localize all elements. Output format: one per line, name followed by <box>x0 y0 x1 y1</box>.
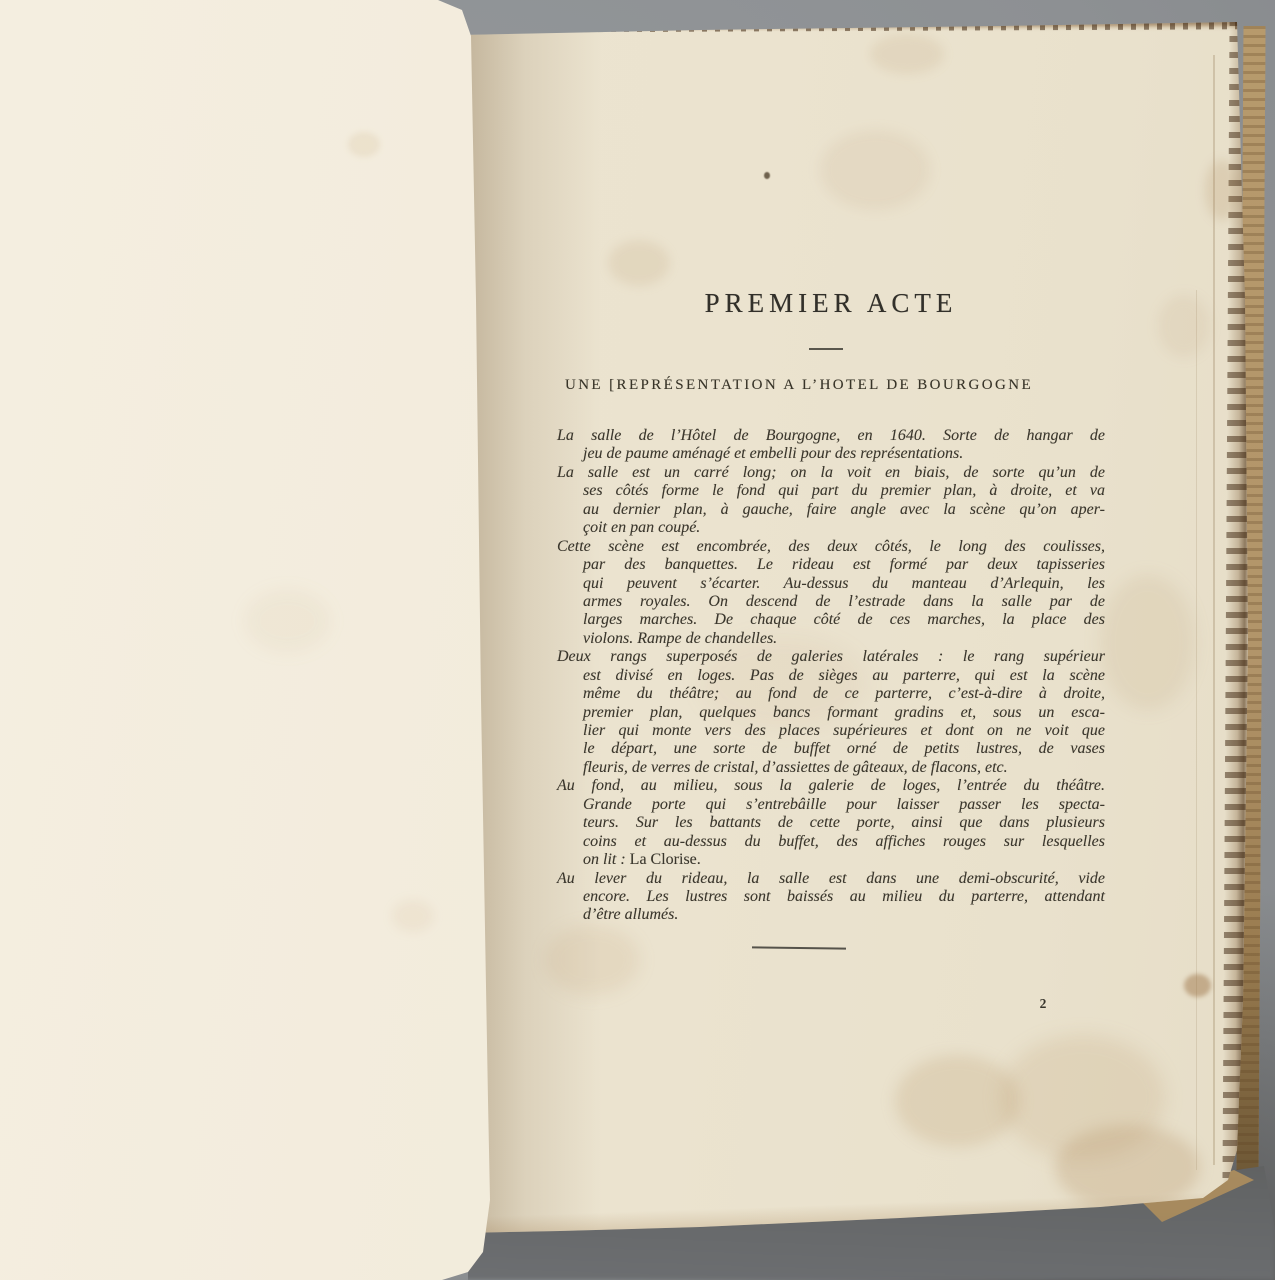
foxing-stain <box>820 130 930 210</box>
stage-direction-line: armes royales. On descend de l’estrade d… <box>557 593 1105 611</box>
foxing-stain <box>870 34 944 74</box>
italic-text-segment: La salle de l’Hôtel de Bourgogne, en 164… <box>557 427 1105 444</box>
italic-text-segment: Au fond, au milieu, sous la galerie de l… <box>557 777 1105 794</box>
stage-direction-line: Grande porte qui s’entrebâille pour lais… <box>557 796 1105 814</box>
stage-direction-line: ses côtés forme le fond qui part du prem… <box>557 482 1105 500</box>
stage-direction-line: qui peuvent s’écarter. Au-dessus du mant… <box>557 575 1105 593</box>
foxing-stain <box>1205 160 1239 220</box>
italic-text-segment: par des banquettes. Le rideau est formé … <box>583 556 1105 573</box>
italic-text-segment: Au lever du rideau, la salle est dans un… <box>557 870 1105 887</box>
stage-direction-line: teurs. Sur les battants de cette porte, … <box>557 814 1105 832</box>
stage-direction-line: au dernier plan, à gauche, faire angle a… <box>557 501 1105 519</box>
foxing-stain <box>348 132 380 157</box>
stage-direction-line: Au lever du rideau, la salle est dans un… <box>557 870 1105 888</box>
italic-text-segment: d’être allumés. <box>583 906 678 923</box>
stage-direction-line: fleuris, de verres de cristal, d’assiett… <box>557 759 1105 777</box>
italic-text-segment: coins et au-dessus du buffet, des affich… <box>583 833 1105 850</box>
stage-direction-line: on lit : La Clorise. <box>557 851 1105 869</box>
page-edge-crease <box>1213 55 1215 1165</box>
foxing-stain <box>1100 575 1195 710</box>
italic-text-segment: même du théâtre; au fond de ce parterre,… <box>583 685 1105 702</box>
italic-text-segment: lier qui monte vers des places supérieur… <box>583 722 1105 739</box>
page-number: 2 <box>1028 996 1058 1012</box>
title-rule <box>809 348 843 350</box>
stage-direction-line: La salle de l’Hôtel de Bourgogne, en 164… <box>557 427 1105 445</box>
italic-text-segment: violons. Rampe de chandelles. <box>583 630 777 647</box>
stage-direction-line: jeu de paume aménagé et embelli pour des… <box>557 445 1105 463</box>
stage-direction-line: çoit en pan coupé. <box>557 519 1105 537</box>
stage-direction-line: d’être allumés. <box>557 906 1105 924</box>
stage-direction-line: même du théâtre; au fond de ce parterre,… <box>557 685 1105 703</box>
page-top-foxed-edge <box>455 19 1245 32</box>
italic-text-segment: on lit : <box>583 851 630 868</box>
stage-direction-line: lier qui monte vers des places supérieur… <box>557 722 1105 740</box>
italic-text-segment: encore. Les lustres sont baissés au mili… <box>583 888 1105 905</box>
foxing-stain <box>245 590 330 652</box>
stage-direction-line: par des banquettes. Le rideau est formé … <box>557 556 1105 574</box>
foxing-stain <box>1184 974 1211 997</box>
italic-text-segment: premier plan, quelques bancs formant gra… <box>583 704 1105 721</box>
stage-direction-line: encore. Les lustres sont baissés au mili… <box>557 888 1105 906</box>
stage-direction-line: violons. Rampe de chandelles. <box>557 630 1105 648</box>
italic-text-segment: teurs. Sur les battants de cette porte, … <box>583 814 1105 831</box>
foxing-stain <box>1158 295 1210 357</box>
italic-text-segment: jeu de paume aménagé et embelli pour des… <box>583 445 963 462</box>
italic-text-segment: qui peuvent s’écarter. Au-dessus du mant… <box>583 575 1105 592</box>
italic-text-segment: larges marches. De chaque côté de ces ma… <box>583 611 1105 628</box>
stage-direction-line: est divisé en loges. Pas de sièges au pa… <box>557 667 1105 685</box>
italic-text-segment: La salle est un carré long; on la voit e… <box>557 464 1105 481</box>
italic-text-segment: au dernier plan, à gauche, faire angle a… <box>583 501 1105 518</box>
italic-text-segment: Deux rangs superposés de galeries latéra… <box>557 648 1105 665</box>
italic-text-segment: est divisé en loges. Pas de sièges au pa… <box>583 667 1105 684</box>
roman-text-segment: La Clorise. <box>630 851 701 868</box>
stage-direction-line: Cette scène est encombrée, des deux côté… <box>557 538 1105 556</box>
foxing-stain <box>545 925 640 995</box>
italic-text-segment: le départ, une sorte de buffet orné de p… <box>583 740 1105 757</box>
stage-direction-line: Au fond, au milieu, sous la galerie de l… <box>557 777 1105 795</box>
stage-direction-line: Deux rangs superposés de galeries latéra… <box>557 648 1105 666</box>
italic-text-segment: armes royales. On descend de l’estrade d… <box>583 593 1105 610</box>
italic-text-segment: ses côtés forme le fond qui part du prem… <box>583 482 1105 499</box>
book-photo: PREMIER ACTE UNE [REPRÉSENTATION A L’HOT… <box>0 0 1275 1280</box>
page-edge-crease <box>1196 290 1197 1170</box>
foxing-stain <box>392 900 434 932</box>
italic-text-segment: fleuris, de verres de cristal, d’assiett… <box>583 759 1008 776</box>
italic-text-segment: Cette scène est encombrée, des deux côté… <box>557 538 1105 555</box>
stage-direction-line: La salle est un carré long; on la voit e… <box>557 464 1105 482</box>
foxing-stain <box>764 172 770 179</box>
stage-directions: La salle de l’Hôtel de Bourgogne, en 164… <box>557 427 1105 925</box>
stage-direction-line: larges marches. De chaque côté de ces ma… <box>557 611 1105 629</box>
italic-text-segment: Grande porte qui s’entrebâille pour lais… <box>583 796 1105 813</box>
stage-direction-line: le départ, une sorte de buffet orné de p… <box>557 740 1105 758</box>
foxing-stain <box>1055 1125 1200 1210</box>
foxing-stain <box>608 240 670 286</box>
stage-direction-line: coins et au-dessus du buffet, des affich… <box>557 833 1105 851</box>
scene-heading: UNE [REPRÉSENTATION A L’HOTEL DE BOURGOG… <box>525 377 1073 394</box>
italic-text-segment: çoit en pan coupé. <box>583 519 700 536</box>
act-title: PREMIER ACTE <box>557 288 1105 319</box>
stage-direction-line: premier plan, quelques bancs formant gra… <box>557 704 1105 722</box>
